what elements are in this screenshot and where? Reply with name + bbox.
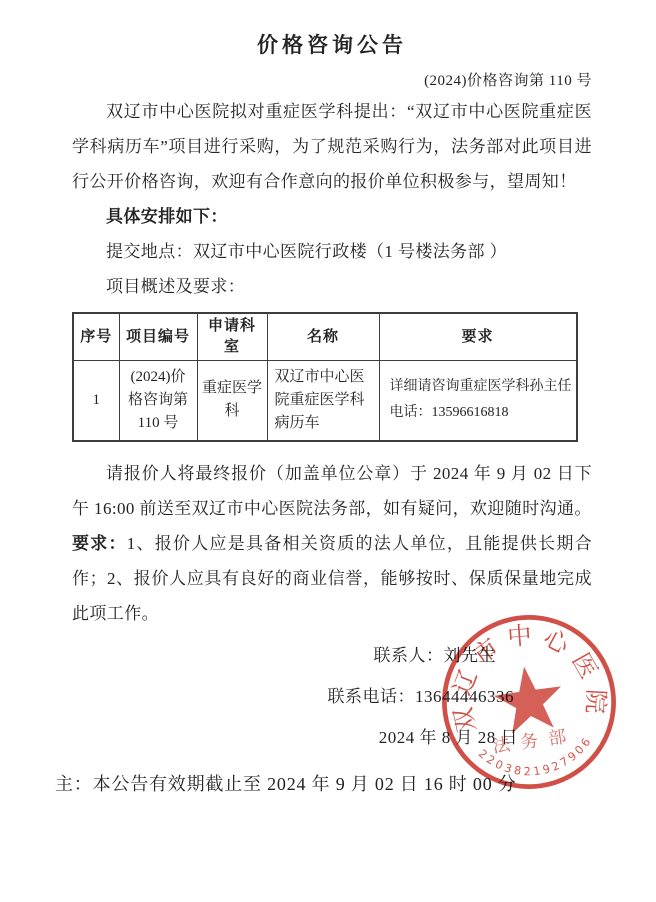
requirements-paragraph: 要求：1、报价人应是具备相关资质的法人单位，且能提供长期合作；2、报价人应具有良… <box>72 526 592 631</box>
signature-date-line: 2024 年 8 月 28 日 <box>72 717 592 758</box>
table-row: 1 (2024)价格咨询第 110 号 重症医学科 双辽市中心医院重症医学科病历… <box>73 361 577 441</box>
col-header-seq: 序号 <box>73 313 119 361</box>
project-table: 序号 项目编号 申请科室 名称 要求 1 (2024)价格咨询第 110 号 重… <box>72 312 578 442</box>
col-header-department: 申请科室 <box>197 313 267 361</box>
intro-paragraph: 双辽市中心医院拟对重症医学科提出：“双辽市中心医院重症医学科病历车”项目进行采购… <box>72 94 592 199</box>
cell-seq: 1 <box>73 361 119 441</box>
cell-project-no: (2024)价格咨询第 110 号 <box>119 361 197 441</box>
document-number: (2024)价格咨询第 110 号 <box>72 70 592 92</box>
col-header-name: 名称 <box>267 313 379 361</box>
cell-department: 重症医学科 <box>197 361 267 441</box>
document-title: 价格咨询公告 <box>72 30 592 60</box>
requirements-label: 要求： <box>72 534 127 553</box>
requirement-line-1: 详细请咨询重症医学科孙主任 <box>390 374 572 400</box>
overview-heading: 项目概述及要求： <box>72 269 592 304</box>
submit-location-line: 提交地点：双辽市中心医院行政楼（1 号楼法务部 ） <box>72 234 592 269</box>
cell-item-name: 双辽市中心医院重症医学科病历车 <box>267 361 379 441</box>
table-header-row: 序号 项目编号 申请科室 名称 要求 <box>73 313 577 361</box>
contact-person-line: 联系人：刘先生 <box>72 635 592 676</box>
deadline-paragraph: 请报价人将最终报价（加盖单位公章）于 2024 年 9 月 02 日下午 16:… <box>72 456 592 526</box>
validity-note: 主：本公告有效期截止至 2024 年 9 月 02 日 16 时 00 分 <box>55 770 592 798</box>
contact-phone-line: 联系电话：13644446336 <box>72 676 592 717</box>
col-header-requirement: 要求 <box>379 313 577 361</box>
requirement-line-2: 电话：13596616818 <box>390 400 572 426</box>
signature-block: 联系人：刘先生 联系电话：13644446336 2024 年 8 月 28 日 <box>72 635 592 758</box>
col-header-project-no: 项目编号 <box>119 313 197 361</box>
cell-requirement: 详细请咨询重症医学科孙主任 电话：13596616818 <box>379 361 577 441</box>
arrangement-heading: 具体安排如下： <box>72 199 592 234</box>
requirement-item-2: 2、报价人应具有良好的商业信誉，能够按时、保质保量地完成此项工作。 <box>72 569 592 623</box>
document-page: 价格咨询公告 (2024)价格咨询第 110 号 双辽市中心医院拟对重症医学科提… <box>0 0 656 902</box>
document-content: 价格咨询公告 (2024)价格咨询第 110 号 双辽市中心医院拟对重症医学科提… <box>0 0 656 798</box>
